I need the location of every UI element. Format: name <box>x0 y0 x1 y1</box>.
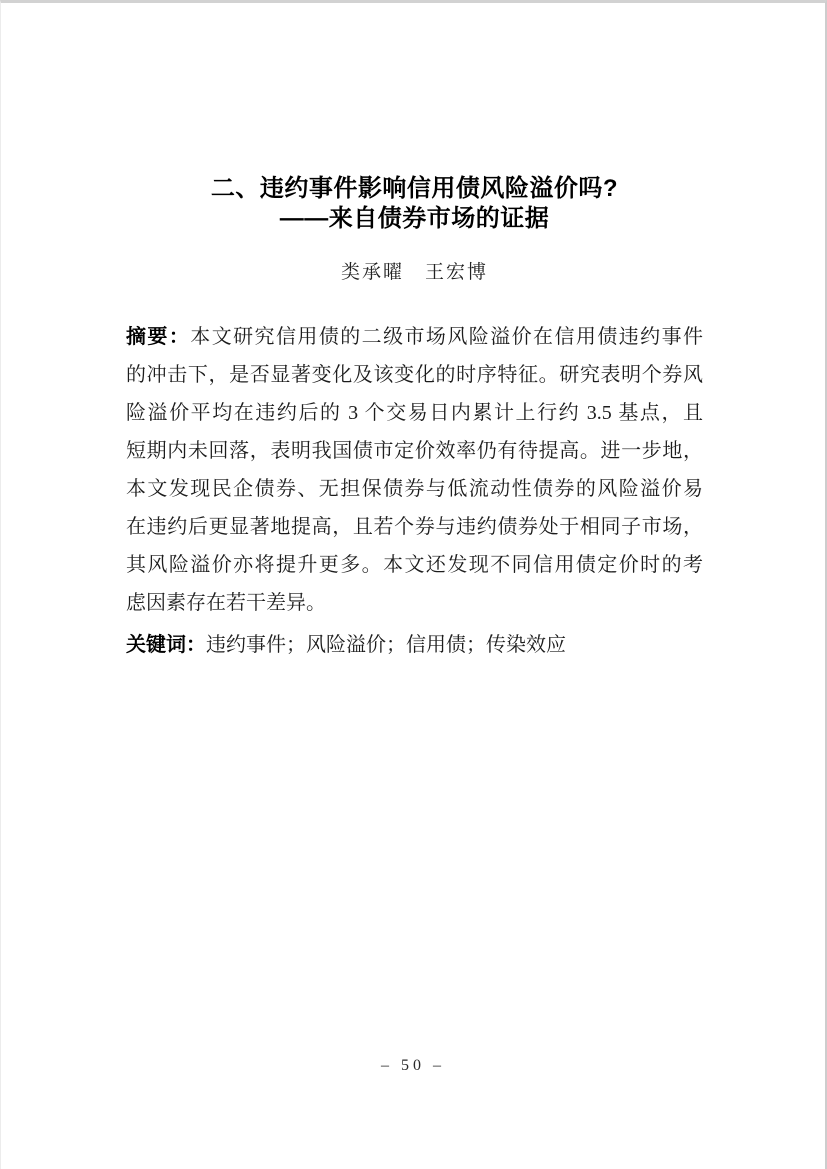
abstract-line: 摘要：本文研究信用债的二级市场风险溢价在信用债违约事件 <box>126 318 703 356</box>
keywords-text: 违约事件；风险溢价；信用债；传染效应 <box>206 634 566 656</box>
abstract-line: 短期内未回落，表明我国债市定价效率仍有待提高。进一步地， <box>126 432 703 470</box>
abstract-section: 摘要：本文研究信用债的二级市场风险溢价在信用债违约事件 的冲击下，是否显著变化及… <box>126 318 703 622</box>
keywords-label: 关键词： <box>126 634 206 656</box>
paper-title: 二、违约事件影响信用债风险溢价吗? ——来自债券市场的证据 <box>126 174 703 234</box>
abstract-line: 虑因素存在若干差异。 <box>126 584 703 622</box>
paper-page: 二、违约事件影响信用债风险溢价吗? ——来自债券市场的证据 类承曜 王宏博 摘要… <box>0 0 827 1169</box>
abstract-label: 摘要： <box>126 326 190 348</box>
authors: 类承曜 王宏博 <box>126 261 703 284</box>
page-number: – 50 – <box>1 1055 825 1077</box>
abstract-line: 的冲击下，是否显著变化及该变化的时序特征。研究表明个券风 <box>126 356 703 394</box>
title-line-2: ——来自债券市场的证据 <box>126 204 703 234</box>
abstract-line: 险溢价平均在违约后的 3 个交易日内累计上行约 3.5 基点，且 <box>126 394 703 432</box>
abstract-line: 在违约后更显著地提高，且若个券与违约债券处于相同子市场， <box>126 508 703 546</box>
abstract-text: 本文研究信用债的二级市场风险溢价在信用债违约事件 <box>190 326 703 348</box>
title-line-1: 二、违约事件影响信用债风险溢价吗? <box>126 174 703 204</box>
abstract-line: 其风险溢价亦将提升更多。本文还发现不同信用债定价时的考 <box>126 546 703 584</box>
abstract-line: 本文发现民企债券、无担保债券与低流动性债券的风险溢价易 <box>126 470 703 508</box>
keywords-line: 关键词：违约事件；风险溢价；信用债；传染效应 <box>126 626 703 664</box>
page-content: 二、违约事件影响信用债风险溢价吗? ——来自债券市场的证据 类承曜 王宏博 摘要… <box>1 3 825 664</box>
